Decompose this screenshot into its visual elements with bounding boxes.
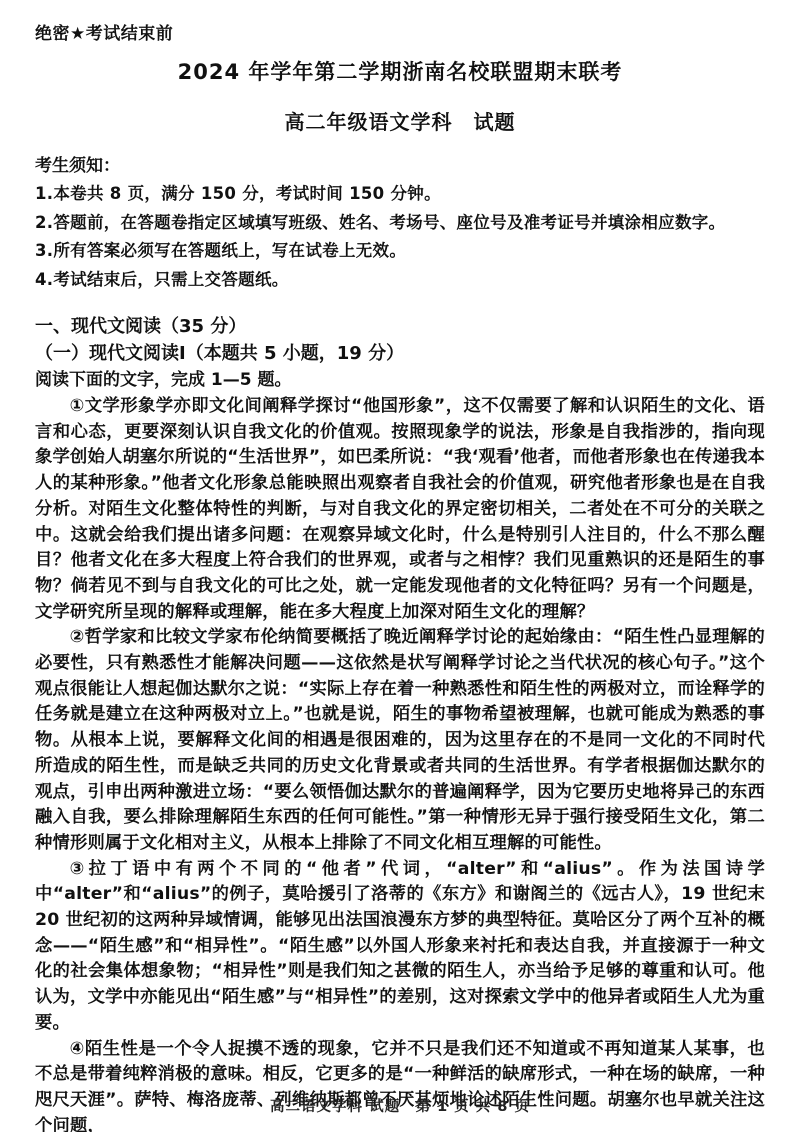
exam-paper-page: 绝密★考试结束前 2024 年学年第二学期浙南名校联盟期末联考 高二年级语文学科… [0,0,800,1132]
reading-passage: ①文学形象学亦即文化间阐释学探讨“他国形象”，这不仅需要了解和认识陌生的文化、语… [35,394,765,1132]
passage-paragraph-3: ③拉丁语中有两个不同的“他者”代词，“alter”和“alius”。作为法国诗学… [35,857,765,1037]
classification-banner: 绝密★考试结束前 [35,24,765,44]
notice-item: 3.所有答案必须写在答题纸上，写在试卷上无效。 [35,237,765,266]
notice-item: 2.答题前，在答题卷指定区域填写班级、姓名、考场号、座位号及准考证号并填涂相应数… [35,209,765,238]
page-footer: 高二语文学科 试题 第 1 页 共 8 页 [0,1095,800,1116]
exam-title: 2024 年学年第二学期浙南名校联盟期末联考 [35,59,765,86]
reading-instruction: 阅读下面的文字，完成 1—5 题。 [35,367,765,394]
exam-subtitle: 高二年级语文学科 试题 [35,109,765,135]
section-heading-modern-reading: 一、现代文阅读（35 分） [35,313,765,340]
notice-item: 4.考试结束后，只需上交答题纸。 [35,266,765,295]
candidate-notice: 考生须知： 1.本卷共 8 页，满分 150 分，考试时间 150 分钟。 2.… [35,152,765,294]
notice-heading: 考生须知： [35,152,765,180]
subsection-heading-reading-one: （一）现代文阅读Ⅰ（本题共 5 小题，19 分） [35,340,765,367]
notice-item: 1.本卷共 8 页，满分 150 分，考试时间 150 分钟。 [35,180,765,209]
passage-paragraph-1: ①文学形象学亦即文化间阐释学探讨“他国形象”，这不仅需要了解和认识陌生的文化、语… [35,394,765,625]
passage-paragraph-4: ④陌生性是一个令人捉摸不透的现象，它并不只是我们还不知道或不再知道某人某事，也不… [35,1037,765,1132]
passage-paragraph-2: ②哲学家和比较文学家布伦纳简要概括了晚近阐释学讨论的起始缘由：“陌生性凸显理解的… [35,625,765,856]
